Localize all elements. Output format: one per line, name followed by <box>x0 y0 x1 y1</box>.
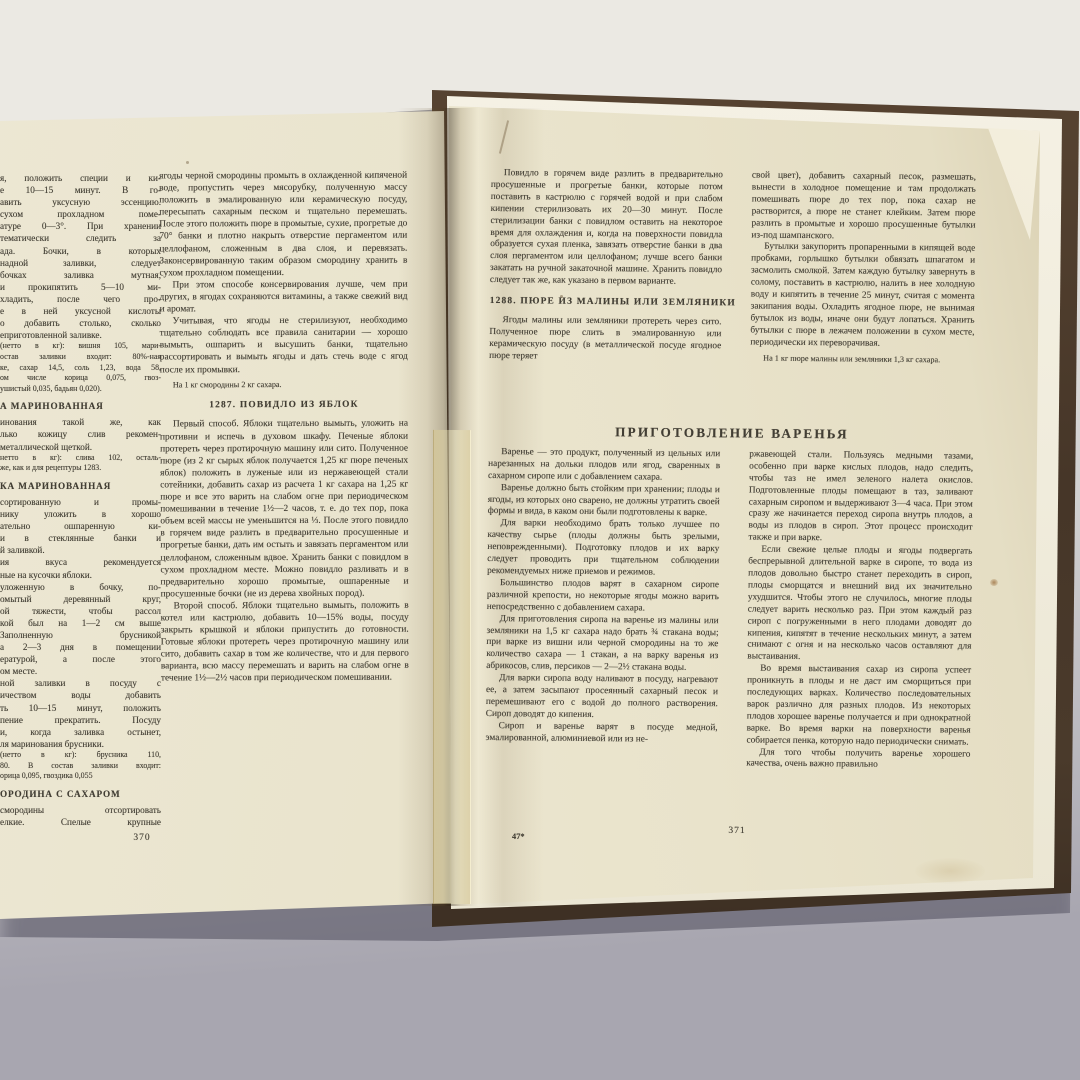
text-line: я, положить специи и ки- <box>0 172 161 184</box>
page-stain <box>915 858 985 884</box>
text-line: еприготовленной заливке. <box>0 329 161 341</box>
heading-line: 1287. ПОВИДЛО ИЗ ЯБЛОК <box>160 399 408 412</box>
text-line: ные на кусочки яблоки. <box>0 569 161 581</box>
text-line: смородины отсортировать <box>0 804 161 816</box>
left-page-column: ягоды черной смородины промыть в охлажде… <box>159 170 409 685</box>
text-line: Сироп и варенье варят в посуде медной, э… <box>485 721 717 747</box>
text-line: и прокипятить 5—10 ми- <box>0 281 161 293</box>
text-line: кой был на 1—2 см выше <box>0 617 161 629</box>
text-line: ательно ошпаренную ки- <box>0 520 161 532</box>
signature-mark: 47* <box>512 832 525 841</box>
right-page-top-columns: Повидло в горячем виде разлить в предвар… <box>489 168 978 422</box>
text-line: уложенную в бочку, по- <box>0 581 161 593</box>
text-line: орица 0,095, гвоздика 0,055 <box>0 771 161 782</box>
text-line: й заливкой. <box>0 544 161 556</box>
text-line: тематически следить за <box>0 232 161 244</box>
text-line: Для варки сиропа воду наливают в посуду,… <box>486 673 718 723</box>
text-line: На 1 кг пюре малины или земляники 1,3 кг… <box>750 353 974 366</box>
text-line: нику уложить в хорошо <box>0 508 161 520</box>
text-line: бочках заливка мутная, <box>0 269 161 281</box>
text-line: пение прекратить. Посуду <box>0 714 161 726</box>
text-line: Заполненную брусникой <box>0 629 161 641</box>
text-line: елкие. Спелые крупные <box>0 816 161 828</box>
text-line: нетто в кг): слива 102, осталь- <box>0 453 161 464</box>
text-line: надной заливки, следует <box>0 257 161 269</box>
foxing-spot <box>990 579 998 586</box>
text-line: сухом прохладном поме- <box>0 208 161 220</box>
right-page-bottom-columns: Варенье — это продукт, полученный из цел… <box>485 447 975 773</box>
text-line: же, как и для рецептуры 1283. <box>0 463 161 474</box>
heading-line: 1288. ПЮРЕ ИЗ МАЛИНЫ ИЛИ ЗЕМЛЯНИКИ <box>490 296 722 310</box>
text-line: Учитывая, что ягоды не стерилизуют, необ… <box>160 315 408 376</box>
text-line: хладить, после чего про- <box>0 293 161 305</box>
text-line: лько кожицу слив рекомен- <box>0 428 161 440</box>
text-line: ада. Бочки, в которых <box>0 245 161 257</box>
text-line: Большинство плодов варят в сахарном сиро… <box>487 578 719 616</box>
text-line: и, когда заливка остынет, <box>0 726 161 738</box>
text-line: На 1 кг смородины 2 кг сахара. <box>160 379 408 391</box>
text-line: ягоды черной смородины промыть в охлажде… <box>159 170 407 280</box>
book-photo: { "photo": { "colors": { "bg-top": "#ebe… <box>0 0 1080 1080</box>
page-number-right: 371 <box>707 826 767 837</box>
paper-speck <box>186 161 189 164</box>
text-line: Во время выстаивания сахар из сиропа усп… <box>746 664 971 749</box>
right-page-top-column-1: Повидло в горячем виде разлить в предвар… <box>489 168 723 419</box>
text-line: а 2—3 дня в помещении <box>0 641 161 653</box>
text-line: инования такой же, как <box>0 416 161 428</box>
text-line: авить уксусную эссенцию. <box>0 196 161 208</box>
heading-line: ОРОДИНА С САХАРОМ <box>0 788 161 800</box>
text-line: Если свежие целые плоды и ягоды подверга… <box>747 545 972 666</box>
text-line: е 10—15 минут. В го- <box>0 184 161 196</box>
text-line: ушистый 0,035, бадьян 0,020). <box>0 384 161 395</box>
text-line: Варенье — это продукт, полученный из цел… <box>488 447 720 485</box>
text-line: ичеством воды добавить <box>0 689 161 701</box>
right-page-text: Повидло в горячем виде разлить в предвар… <box>485 168 978 773</box>
text-line: Ягоды малины или земляники протереть чер… <box>489 315 721 365</box>
text-line: металлической щеткой. <box>0 441 161 453</box>
page-crease <box>499 120 509 153</box>
text-line: ия вкуса рекомендуется <box>0 556 161 568</box>
heading-line: КА МАРИНОВАННАЯ <box>0 480 161 492</box>
text-line: 80. В состав заливки входит: <box>0 761 161 772</box>
text-line: о добавить столько, сколько <box>0 317 161 329</box>
text-line: Для приготовления сиропа на варенье из м… <box>486 614 719 676</box>
tape-repair-strip <box>433 430 471 904</box>
section-heading: ПРИГОТОВЛЕНИЕ ВАРЕНЬЯ <box>488 425 975 442</box>
text-line: ом месте. <box>0 665 161 677</box>
text-line: (нетто в кг): вишня 105, мари- <box>0 341 161 352</box>
text-line: ть 10—15 минут, положить <box>0 702 161 714</box>
text-line: При этом способе консервирования лучше, … <box>159 278 407 315</box>
text-line: омытый деревянный круг, <box>0 593 161 605</box>
text-line: (нетто в кг): брусника 110, <box>0 750 161 761</box>
text-line: Первый способ. Яблоки тщательно вымыть, … <box>160 418 409 600</box>
text-line: е в ней уксусной кислоты <box>0 305 161 317</box>
text-line: ржавеющей стали. Пользуясь медными тазам… <box>748 449 973 546</box>
text-line: ом числе корица 0,075, гвоз- <box>0 373 161 384</box>
text-line: ной заливки в посуду с <box>0 677 161 689</box>
text-line: Бутылки закупорить пропаренными в кипяще… <box>750 242 975 351</box>
text-line: Второй способ. Яблоки тщательно вымыть, … <box>161 599 409 685</box>
text-line: ля маринования брусники. <box>0 738 161 750</box>
text-line: Для варки необходимо брать только лучшее… <box>487 518 720 580</box>
page-number-left: 370 <box>112 833 172 843</box>
left-page-cropped-column: я, положить специи и ки-е 10—15 минут. В… <box>0 172 161 828</box>
right-page-bottom-column-2: ржавеющей стали. Пользуясь медными тазам… <box>746 449 973 773</box>
text-line: ой тяжести, чтобы рассол <box>0 605 161 617</box>
right-page-top-column-2: свой цвет), добавить сахарный песок, раз… <box>750 171 976 422</box>
right-page-bottom-column-1: Варенье — это продукт, полученный из цел… <box>485 447 720 771</box>
text-line: остав заливки входит: 80%-ная <box>0 352 161 363</box>
text-line: свой цвет), добавить сахарный песок, раз… <box>751 171 976 245</box>
text-line: ке, сахар 14,5, соль 1,23, вода 58, <box>0 363 161 374</box>
text-line: и в стеклянные банки и <box>0 532 161 544</box>
text-line: Повидло в горячем виде разлить в предвар… <box>490 168 723 289</box>
text-line: ературой, а после этого <box>0 653 161 665</box>
text-line: сортированную и промы- <box>0 496 161 508</box>
text-line: атуре 0—3°. При хранении <box>0 220 161 232</box>
text-line: Для того чтобы получить варенье хорошего… <box>746 747 970 773</box>
heading-line: А МАРИНОВАННАЯ <box>0 400 161 412</box>
text-line: Варенье должно быть стойким при хранении… <box>488 483 720 521</box>
